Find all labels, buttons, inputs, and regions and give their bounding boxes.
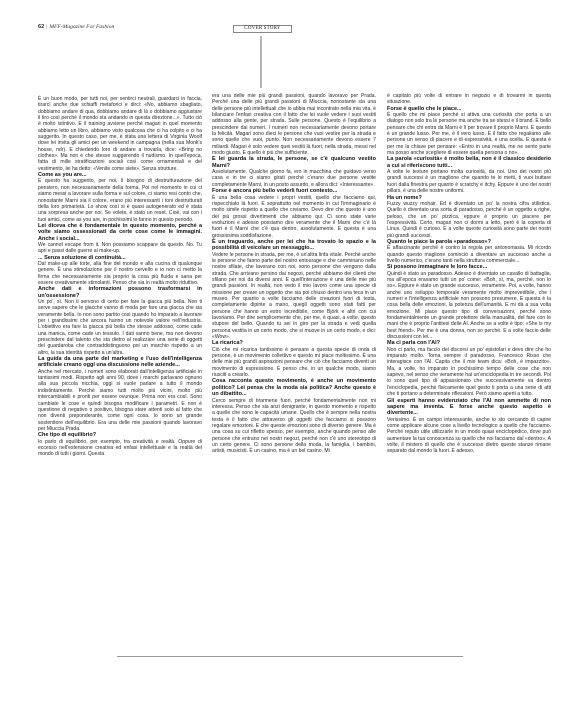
interview-question: Cosa racconta questo movimento, è anche … bbox=[212, 378, 376, 397]
article-column-3: è capitato più volte di entrare in negoz… bbox=[387, 93, 551, 455]
interview-answer: Io parlo di equilibrio, per esempio, tra… bbox=[38, 439, 202, 458]
interview-answer: Quindi è stato un paradosso. Adesso è di… bbox=[387, 271, 551, 341]
page-header: 62|MFF-Magazine For Fashion bbox=[38, 24, 114, 30]
interview-answer: Verissimo. È un campo interessante, anch… bbox=[387, 417, 551, 455]
interview-answer: Un po', sì. Non ti servono di certo per … bbox=[38, 299, 202, 356]
interview-answer: Assolutamente. Qualche giorno fa, ero in… bbox=[212, 169, 376, 188]
interview-answer: È un buon modo, per tutti noi, per senti… bbox=[38, 96, 202, 172]
section-label: COVER STORY bbox=[233, 25, 292, 33]
interview-question: La guida da una parte del marketing e l'… bbox=[38, 356, 202, 369]
article-column-1: È un buon modo, per tutti noi, per senti… bbox=[38, 96, 202, 458]
interview-answer: E questo ha suggerito, per noi, il bisog… bbox=[38, 178, 202, 222]
interview-question: Anche dati e informazioni possono trasfo… bbox=[38, 286, 202, 299]
interview-answer: A volte le texture portano molta curiosi… bbox=[387, 169, 551, 194]
interview-answer: È quello che mi piace perché si attiva u… bbox=[387, 112, 551, 156]
interview-answer: We cannot escape from it. Non possiamo s… bbox=[38, 242, 202, 255]
interview-answer: Ciò che mi ricarica tantissimo è pensare… bbox=[212, 347, 376, 379]
interview-answer: Vedere le persone in strada, per me, è u… bbox=[212, 252, 376, 341]
interview-answer: Non ci parlo, ma faccio dei discorsi un … bbox=[387, 347, 551, 398]
magazine-title: MFF-Magazine For Fashion bbox=[49, 24, 114, 30]
article-column-2: era una delle mie più grandi passioni, q… bbox=[212, 93, 376, 455]
interview-question: E lei guarda la strada, le persone, se c… bbox=[212, 156, 376, 169]
interview-question: È un traguardo, anche per lei che ha tro… bbox=[212, 239, 376, 252]
page-number: 62 bbox=[38, 24, 44, 30]
interview-question: Lei diceva che è fondamentale in questo … bbox=[38, 223, 202, 242]
interview-answer: è capitato più volte di entrare in negoz… bbox=[387, 93, 551, 106]
interview-question: Gli esperti hanno evidenziato che l'AI n… bbox=[387, 398, 551, 417]
interview-answer: È affascinante perché è contro la regola… bbox=[387, 245, 551, 264]
interview-answer: Fuzzy wuzzy mohair. Ed è diventato un po… bbox=[387, 201, 551, 239]
interview-answer: È una bella cosa vedere i propri vestiti… bbox=[212, 195, 376, 239]
interview-answer: Cerco sempre di tirarmene fuori, perché … bbox=[212, 398, 376, 455]
header-separator: | bbox=[46, 24, 47, 30]
interview-answer: era una delle mie più grandi passioni, q… bbox=[212, 93, 376, 156]
vertical-divider bbox=[260, 36, 262, 88]
interview-answer: Anche nel mercato, i numeri sono elabora… bbox=[38, 369, 202, 432]
interview-answer: Dal make-up alle torte, alla fine del mo… bbox=[38, 261, 202, 286]
interview-question: La parola «curiosità» è molto bella, non… bbox=[387, 156, 551, 169]
bottom-divider bbox=[117, 656, 463, 657]
